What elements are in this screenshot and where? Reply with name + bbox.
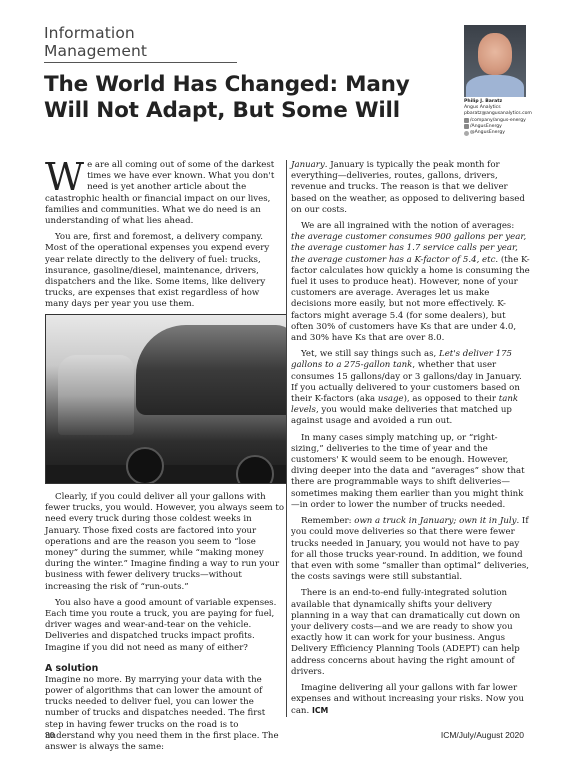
paragraph: Yet, we still say things such as, Let's …: [291, 349, 530, 427]
paragraph-intro: We are all coming out of some of the dar…: [45, 160, 285, 227]
paragraph: You are, first and foremost, a delivery …: [45, 232, 285, 310]
author-box: Philip J. Baratz Angus Analytics pbaratz…: [464, 25, 564, 136]
issue-label: ICM/July/August 2020: [441, 730, 524, 740]
paragraph: Imagine no more. By marrying your data w…: [45, 675, 285, 753]
column-divider: [286, 160, 287, 717]
paragraph: There is an end-to-end fully-integrated …: [291, 588, 530, 678]
paragraph: Remember: own a truck in January; own it…: [291, 516, 530, 583]
paragraph: In many cases simply matching up, or “ri…: [291, 433, 530, 511]
paragraph-continued: January. January is typically the peak m…: [291, 160, 530, 216]
author-headshot: [464, 25, 526, 97]
paragraph: Imagine delivering all your gallons with…: [291, 683, 530, 718]
article-title: The World Has Changed: Many Will Not Ada…: [44, 72, 454, 124]
subhead: A solution: [45, 663, 285, 675]
paragraph: You also have a good amount of variable …: [45, 598, 285, 654]
author-link-twitter[interactable]: @AngusEnergy: [464, 130, 564, 136]
article-column-right: January. January is typically the peak m…: [291, 160, 530, 723]
page-number: 30: [45, 730, 54, 740]
article-column-left-top: We are all coming out of some of the dar…: [45, 160, 285, 316]
drop-cap: W: [45, 162, 84, 192]
truck-photo: [45, 314, 287, 484]
author-meta: Philip J. Baratz Angus Analytics pbaratz…: [464, 99, 564, 136]
article-column-left-bottom: Clearly, if you could deliver all your g…: [45, 492, 285, 758]
facebook-icon: [464, 124, 469, 129]
section-label: Information Management: [44, 24, 237, 63]
paragraph: Clearly, if you could deliver all your g…: [45, 492, 285, 593]
paragraph: We are all ingrained with the notion of …: [291, 221, 530, 344]
end-mark: ICM: [312, 706, 328, 715]
twitter-icon: [464, 131, 469, 136]
linkedin-icon: [464, 118, 469, 123]
